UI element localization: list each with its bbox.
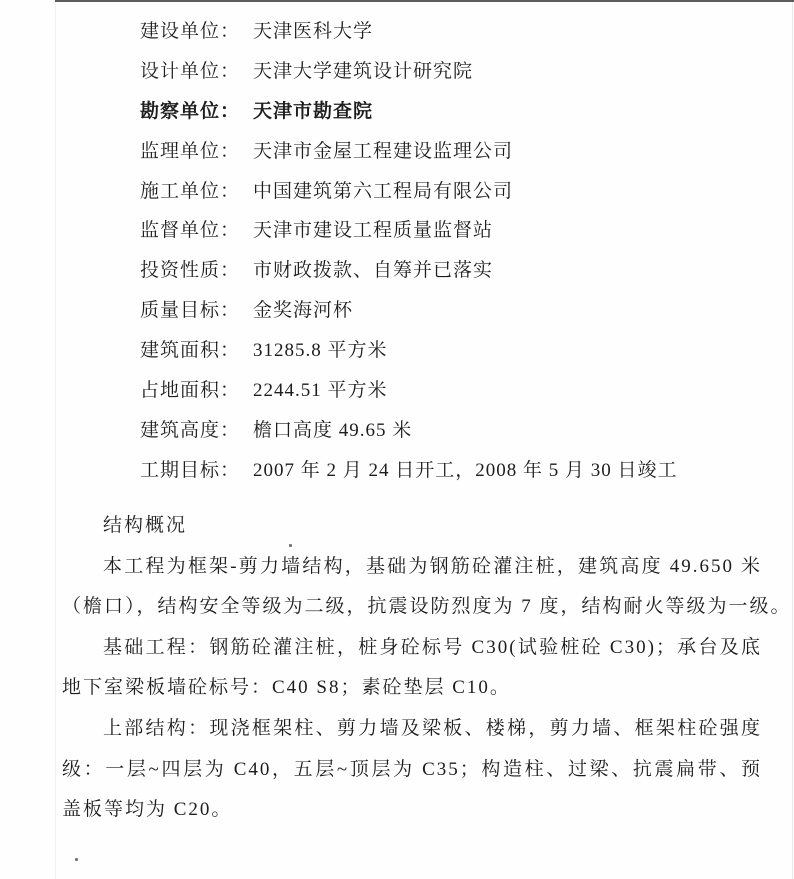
section-heading: 结构概况: [62, 506, 762, 547]
info-label: 工期目标：: [140, 451, 253, 491]
info-label: 监督单位：: [140, 211, 253, 251]
info-row-supervision-unit: 监理单位：天津市金屋工程建设监理公司: [0, 132, 794, 172]
info-value: 中国建筑第六工程局有限公司: [253, 181, 513, 202]
info-row-schedule-goal: 工期目标：2007 年 2 月 24 日开工，2008 年 5 月 30 日竣工: [0, 451, 794, 491]
info-value: 檐口高度 49.65 米: [253, 420, 412, 441]
info-value: 天津市建设工程质量监督站: [253, 220, 493, 241]
document-page: 建设单位：天津医科大学 设计单位：天津大学建筑设计研究院 勘察单位：天津市勘查院…: [0, 0, 794, 879]
info-row-building-area: 建筑面积：31285.8 平方米: [0, 331, 794, 371]
info-row-quality-goal: 质量目标：金奖海河杯: [0, 291, 794, 331]
structure-overview-section: 结构概况 本工程为框架-剪力墙结构，基础为钢筋砼灌注桩，建筑高度 49.650 …: [62, 506, 762, 831]
info-label: 勘察单位：: [140, 92, 253, 132]
info-value: 2007 年 2 月 24 日开工，2008 年 5 月 30 日竣工: [253, 460, 678, 481]
info-label: 建设单位：: [140, 12, 253, 52]
info-value: 2244.51 平方米: [253, 380, 388, 401]
info-value: 金奖海河杯: [253, 300, 353, 321]
info-value: 31285.8 平方米: [253, 340, 388, 361]
info-value: 天津市勘查院: [253, 101, 373, 122]
info-label: 占地面积：: [140, 371, 253, 411]
paragraph-line: 级：一层~四层为 C40，五层~顶层为 C35；构造柱、过梁、抗震扁带、预制: [62, 750, 762, 791]
scan-top-edge-line: [55, 0, 794, 2]
info-label: 投资性质：: [140, 251, 253, 291]
paragraph-line: 盖板等均为 C20。: [62, 790, 762, 831]
paragraph-line: 地下室梁板墙砼标号：C40 S8；素砼垫层 C10。: [62, 668, 762, 709]
info-label: 建筑面积：: [140, 331, 253, 371]
project-info-list: 建设单位：天津医科大学 设计单位：天津大学建筑设计研究院 勘察单位：天津市勘查院…: [0, 12, 794, 491]
info-value: 天津医科大学: [253, 21, 373, 42]
info-row-design-unit: 设计单位：天津大学建筑设计研究院: [0, 52, 794, 92]
info-value: 天津市金屋工程建设监理公司: [253, 141, 513, 162]
scan-artifact-dot: [75, 858, 78, 861]
info-row-construction-unit: 建设单位：天津医科大学: [0, 12, 794, 52]
info-row-investment-nature: 投资性质：市财政拨款、自筹并已落实: [0, 251, 794, 291]
info-row-survey-unit: 勘察单位：天津市勘查院: [0, 92, 794, 132]
info-label: 设计单位：: [140, 52, 253, 92]
info-row-contractor-unit: 施工单位：中国建筑第六工程局有限公司: [0, 172, 794, 212]
info-row-oversight-unit: 监督单位：天津市建设工程质量监督站: [0, 211, 794, 251]
info-label: 建筑高度：: [140, 411, 253, 451]
info-row-building-height: 建筑高度：檐口高度 49.65 米: [0, 411, 794, 451]
info-value: 市财政拨款、自筹并已落实: [253, 260, 493, 281]
scan-artifact-dot: [289, 544, 292, 547]
paragraph-line: 本工程为框架-剪力墙结构，基础为钢筋砼灌注桩，建筑高度 49.650 米: [62, 547, 762, 588]
info-value: 天津大学建筑设计研究院: [253, 61, 473, 82]
info-row-site-area: 占地面积：2244.51 平方米: [0, 371, 794, 411]
paragraph-line: （檐口），结构安全等级为二级，抗震设防烈度为 7 度，结构耐火等级为一级。: [62, 587, 762, 628]
info-label: 施工单位：: [140, 172, 253, 212]
info-label: 监理单位：: [140, 132, 253, 172]
info-label: 质量目标：: [140, 291, 253, 331]
paragraph-line: 基础工程：钢筋砼灌注桩，桩身砼标号 C30(试验桩砼 C30)；承台及底板、: [62, 628, 762, 669]
paragraph-line: 上部结构：现浇框架柱、剪力墙及梁板、楼梯，剪力墙、框架柱砼强度等: [62, 709, 762, 750]
